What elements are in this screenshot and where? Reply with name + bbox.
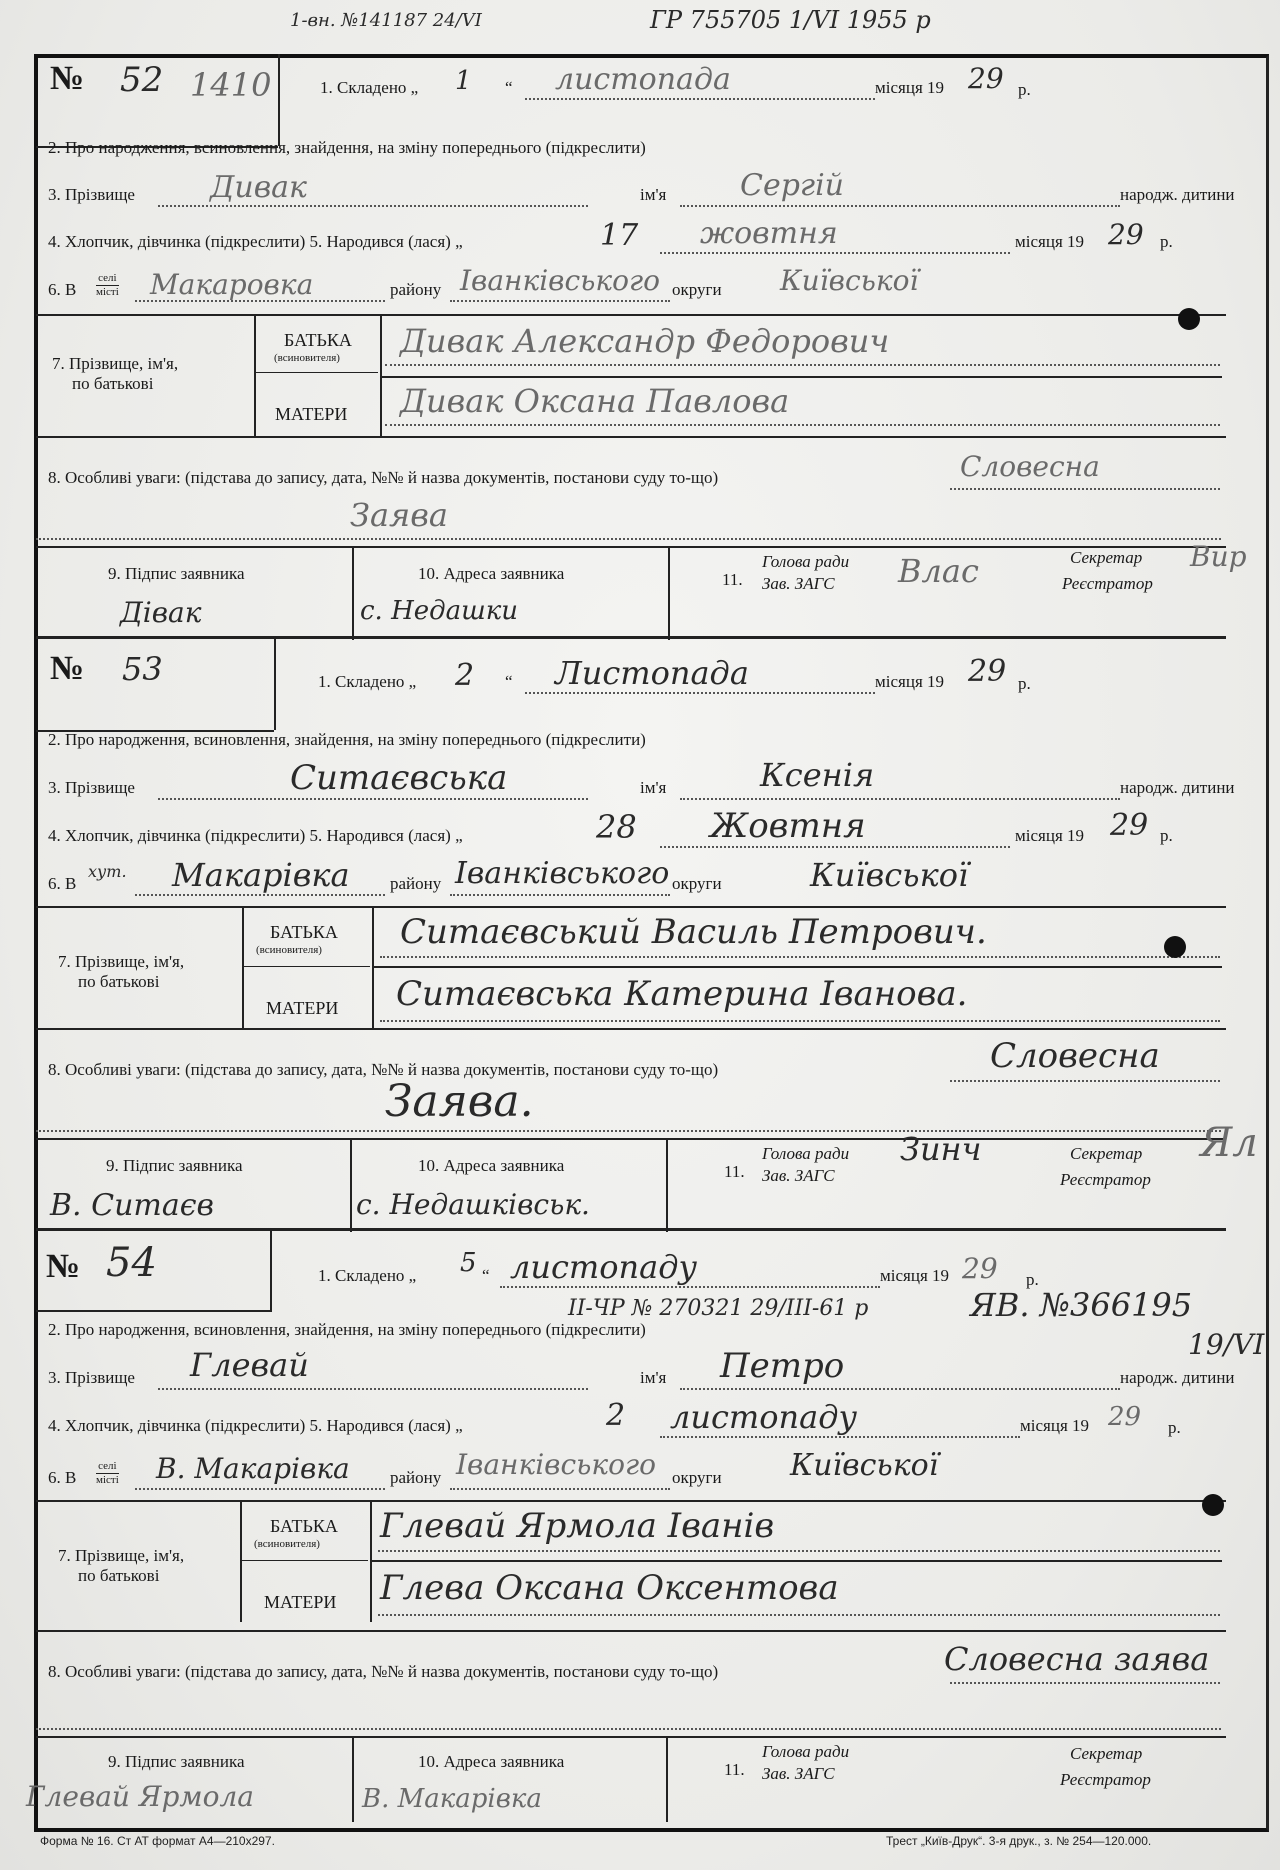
number-sign: № xyxy=(46,1248,80,1286)
label-item4: 4. Хлопчик, дівчинка (підкреслити) 5. На… xyxy=(48,232,463,252)
district-value: Іванківського xyxy=(460,264,660,297)
applicant-signature: Дівак xyxy=(120,596,201,629)
later-note-certificate: II-ЧР № 270321 29/III-61 р xyxy=(568,1296,868,1321)
surname-value: Глевай xyxy=(190,1346,309,1384)
year-suffix: р. xyxy=(1168,1418,1181,1438)
label-okrug: округи xyxy=(672,874,722,894)
ink-blot xyxy=(1178,308,1200,330)
label-zags: Зав. ЗАГС xyxy=(762,1764,835,1784)
label-item10: 10. Адреса заявника xyxy=(418,1156,564,1176)
village-town-fraction: селімісті xyxy=(96,272,119,299)
label-month-year: місяця 19 xyxy=(880,1266,949,1286)
label-item4: 4. Хлопчик, дівчинка (підкреслити) 5. На… xyxy=(48,1416,463,1436)
label-secretary: Секретар xyxy=(1070,1744,1142,1764)
compiled-month: листопада xyxy=(555,62,731,97)
applicant-signature: В. Ситаєв xyxy=(50,1188,214,1223)
notes-value-1: Словесна заява xyxy=(944,1640,1209,1678)
label-item7-patronymic: по батькові xyxy=(78,972,159,992)
label-item11: 11. xyxy=(722,570,743,590)
label-item9: 9. Підпис заявника xyxy=(108,1752,245,1772)
notes-value-1: Словесна xyxy=(990,1036,1160,1076)
year-suffix: р. xyxy=(1018,674,1031,694)
label-mother: МАТЕРИ xyxy=(275,404,347,425)
label-secretary: Секретар xyxy=(1070,548,1142,568)
top-annotation-right: ГР 755705 1/VI 1955 р xyxy=(650,6,931,34)
label-mother: МАТЕРИ xyxy=(266,998,338,1019)
birth-month-value: листопаду xyxy=(670,1398,857,1436)
birth-year-value: 29 xyxy=(1108,218,1144,251)
label-child: народж. дитини xyxy=(1120,1368,1235,1388)
top-annotation-left: 1-вн. №141187 24/VI xyxy=(290,10,482,31)
quote-close: “ xyxy=(505,672,513,692)
birth-day-value: 17 xyxy=(600,218,638,253)
label-head: Голова ради xyxy=(762,1742,849,1762)
label-item10: 10. Адреса заявника xyxy=(418,1752,564,1772)
label-father-sub: (всиновителя) xyxy=(274,352,340,364)
applicant-address: В. Макарівка xyxy=(362,1784,542,1814)
quote-close: “ xyxy=(505,78,513,98)
label-surname: 3. Прізвище xyxy=(48,1368,135,1388)
applicant-address: с. Недашківськ. xyxy=(356,1188,590,1221)
notes-value-1: Словесна xyxy=(960,450,1100,483)
father-value: Глевай Ярмола Іванів xyxy=(380,1506,774,1546)
label-name: ім'я xyxy=(640,778,666,798)
okrug-value: Київської xyxy=(780,264,918,297)
footer-form-number: Форма № 16. Ст АТ формат А4—210x297. xyxy=(40,1834,275,1848)
surname-value: Дивак xyxy=(210,170,307,205)
village-value: Макарівка xyxy=(172,856,350,894)
label-father: БАТЬКА xyxy=(284,330,352,351)
birth-day-value: 28 xyxy=(596,808,637,846)
applicant-signature: Глевай Ярмола xyxy=(26,1780,254,1813)
first-name-value: Ксенія xyxy=(760,756,874,794)
label-secretary: Секретар xyxy=(1070,1144,1142,1164)
label-registrar: Реєстратор xyxy=(1062,574,1153,594)
label-item8: 8. Особливі уваги: (підстава до запису, … xyxy=(48,1060,718,1080)
notes-value-2: Заява xyxy=(350,496,448,534)
compiled-year: 29 xyxy=(962,1252,998,1285)
label-head: Голова ради xyxy=(762,1144,849,1164)
compiled-year: 29 xyxy=(968,62,1004,95)
label-mother: МАТЕРИ xyxy=(264,1592,336,1613)
year-suffix: р. xyxy=(1160,232,1173,252)
father-value: Дивак Александр Федорович xyxy=(400,322,889,360)
label-month-year: місяця 19 xyxy=(875,672,944,692)
label-father-sub: (всиновителя) xyxy=(254,1538,320,1550)
applicant-address: с. Недашки xyxy=(360,596,518,626)
label-district: району xyxy=(390,1468,441,1488)
label-compiled: 1. Складено „ xyxy=(318,672,416,692)
birth-month-value: жовтня xyxy=(700,216,838,251)
label-surname: 3. Прізвище xyxy=(48,185,135,205)
compiled-month: листопаду xyxy=(510,1248,697,1286)
later-note-date: 19/VI xyxy=(1188,1328,1264,1361)
label-district: району xyxy=(390,280,441,300)
label-item4: 4. Хлопчик, дівчинка (підкреслити) 5. На… xyxy=(48,826,463,846)
label-item7-patronymic: по батькові xyxy=(72,374,153,394)
label-month-year: місяця 19 xyxy=(1015,232,1084,252)
birth-year-value: 29 xyxy=(1110,808,1148,843)
year-suffix: р. xyxy=(1160,826,1173,846)
label-surname: 3. Прізвище xyxy=(48,778,135,798)
label-okrug: округи xyxy=(672,1468,722,1488)
label-father-sub: (всиновителя) xyxy=(256,944,322,956)
label-head: Голова ради xyxy=(762,552,849,572)
label-name: ім'я xyxy=(640,185,666,205)
label-child: народж. дитини xyxy=(1120,778,1235,798)
label-item8: 8. Особливі уваги: (підстава до запису, … xyxy=(48,1662,718,1682)
label-item2: 2. Про народження, всиновлення, знайденн… xyxy=(48,138,646,158)
compiled-year: 29 xyxy=(968,654,1006,689)
village-value: В. Макарівка xyxy=(156,1452,350,1485)
ink-blot xyxy=(1202,1494,1224,1516)
label-child: народж. дитини xyxy=(1120,185,1235,205)
village-value: Макаровка xyxy=(150,268,313,301)
quote-close: “ xyxy=(482,1266,490,1286)
compiled-day: 1 xyxy=(455,66,472,96)
label-item10: 10. Адреса заявника xyxy=(418,564,564,584)
ink-blot xyxy=(1164,936,1186,958)
label-zags: Зав. ЗАГС xyxy=(762,1166,835,1186)
year-suffix: р. xyxy=(1018,80,1031,100)
footer-printer: Трест „Київ-Друк“. 3-я друк., з. № 254—1… xyxy=(886,1834,1151,1848)
compiled-day: 2 xyxy=(455,658,474,693)
first-name-value: Петро xyxy=(720,1346,844,1386)
compiled-day: 5 xyxy=(460,1248,477,1278)
label-registrar: Реєстратор xyxy=(1060,1770,1151,1790)
label-zags: Зав. ЗАГС xyxy=(762,574,835,594)
district-value: Іванківського xyxy=(455,856,669,891)
label-item2: 2. Про народження, всиновлення, знайденн… xyxy=(48,730,646,750)
village-prefix: хут. xyxy=(88,862,127,881)
mother-value: Дивак Оксана Павлова xyxy=(400,382,789,420)
label-month-year: місяця 19 xyxy=(1020,1416,1089,1436)
birth-day-value: 2 xyxy=(606,1398,625,1433)
label-in: 6. В xyxy=(48,280,76,300)
label-item11: 11. xyxy=(724,1760,745,1780)
margin-note: 1410 xyxy=(190,66,271,104)
label-district: району xyxy=(390,874,441,894)
mother-value: Ситаєвська Катерина Іванова. xyxy=(396,974,968,1014)
notes-value-2: Заява. xyxy=(385,1076,534,1127)
number-sign: № xyxy=(50,60,84,98)
surname-value: Ситаєвська xyxy=(290,758,507,798)
record-number: 54 xyxy=(106,1240,157,1286)
label-item7: 7. Прізвище, ім'я, xyxy=(58,952,184,972)
label-item2: 2. Про народження, всиновлення, знайденн… xyxy=(48,1320,646,1340)
birth-year-value: 29 xyxy=(1108,1402,1141,1432)
birth-month-value: Жовтня xyxy=(710,806,866,846)
label-name: ім'я xyxy=(640,1368,666,1388)
record-number: 52 xyxy=(120,60,163,100)
label-compiled: 1. Складено „ xyxy=(318,1266,416,1286)
number-sign: № xyxy=(50,650,84,688)
secretary-signature: Вир xyxy=(1190,540,1247,573)
label-month-year: місяця 19 xyxy=(875,78,944,98)
label-compiled: 1. Складено „ xyxy=(320,78,418,98)
label-father: БАТЬКА xyxy=(270,922,338,943)
okrug-value: Київської xyxy=(810,856,968,894)
label-in: 6. В xyxy=(48,874,76,894)
label-registrar: Реєстратор xyxy=(1060,1170,1151,1190)
label-okrug: округи xyxy=(672,280,722,300)
head-signature: Зинч xyxy=(900,1130,982,1168)
label-item8: 8. Особливі уваги: (підстава до запису, … xyxy=(48,468,718,488)
later-note-registry: ЯВ. №366195 xyxy=(970,1286,1192,1324)
village-town-fraction: селімісті xyxy=(96,1460,119,1487)
father-value: Ситаєвський Василь Петрович. xyxy=(400,912,987,952)
head-signature: Влас xyxy=(898,552,979,590)
label-father: БАТЬКА xyxy=(270,1516,338,1537)
compiled-month: Листопада xyxy=(555,654,749,692)
label-month-year: місяця 19 xyxy=(1015,826,1084,846)
label-item7: 7. Прізвище, ім'я, xyxy=(58,1546,184,1566)
okrug-value: Київської xyxy=(790,1448,938,1483)
mother-value: Глева Оксана Оксентова xyxy=(380,1568,839,1608)
label-item7: 7. Прізвище, ім'я, xyxy=(52,354,178,374)
label-item7-patronymic: по батькові xyxy=(78,1566,159,1586)
label-item9: 9. Підпис заявника xyxy=(108,564,245,584)
first-name-value: Сергій xyxy=(740,168,844,203)
label-item9: 9. Підпис заявника xyxy=(106,1156,243,1176)
secretary-signature: Ял xyxy=(1200,1120,1258,1166)
district-value: Іванківського xyxy=(456,1448,656,1481)
label-in: 6. В xyxy=(48,1468,76,1488)
document-page: 1-вн. №141187 24/VI ГР 755705 1/VI 1955 … xyxy=(0,0,1280,1870)
record-number: 53 xyxy=(122,650,163,688)
label-item11: 11. xyxy=(724,1162,745,1182)
